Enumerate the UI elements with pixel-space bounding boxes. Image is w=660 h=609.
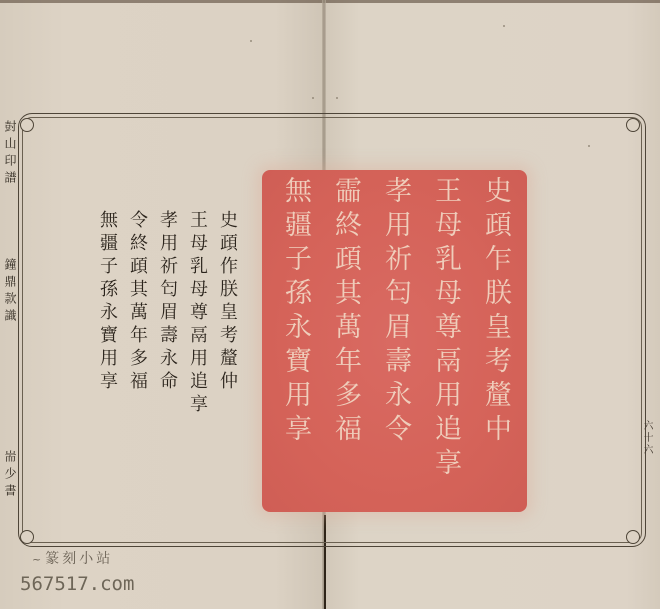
- watermark-site-label: 篆刻小站: [45, 551, 113, 567]
- paper-speck: [588, 145, 590, 147]
- transcription-column: 史頙作朕皇考釐仲: [212, 210, 242, 440]
- seal-impression: 史頙乍朕皇考釐中 王母乳母尊鬲用追享 孝用祈匄眉壽永令 霝終頙其萬年多福 無疆子…: [262, 170, 527, 512]
- seal-inscription: 史頙乍朕皇考釐中 王母乳母尊鬲用追享 孝用祈匄眉壽永令 霝終頙其萬年多福 無疆子…: [270, 176, 520, 506]
- top-edge-shadow: [0, 0, 660, 3]
- transcription-column: 令終頙其萬年多福: [122, 210, 152, 440]
- transcription-column: 孝用祈匄眉壽永命: [152, 210, 182, 440]
- page-number: 六十六: [640, 420, 654, 456]
- margin-author-note: 耑少書: [3, 450, 17, 501]
- margin-book-title: 尌山印譜: [3, 120, 17, 188]
- corner-scroll-icon: [626, 530, 640, 544]
- seal-column: 孝用祈匄眉壽永令: [370, 176, 420, 506]
- corner-scroll-icon: [626, 118, 640, 132]
- margin-section-title: 鐘鼎款識: [3, 258, 17, 326]
- book-spread: 尌山印譜 鐘鼎款識 耑少書 史頙作朕皇考釐仲 王母乳母尊鬲用追享 孝用祈匄眉壽永…: [0, 0, 660, 609]
- paper-speck: [250, 40, 252, 42]
- seal-column: 王母乳母尊鬲用追享: [420, 176, 470, 506]
- paper-speck: [503, 25, 505, 27]
- corner-scroll-icon: [20, 530, 34, 544]
- corner-scroll-icon: [20, 118, 34, 132]
- transcription-column: 無疆子孫永寶用享: [92, 210, 122, 440]
- seal-column: 無疆子孫永寶用享: [270, 176, 320, 506]
- seal-column: 史頙乍朕皇考釐中: [470, 176, 520, 506]
- paper-speck: [336, 97, 338, 99]
- seal-column: 霝終頙其萬年多福: [320, 176, 370, 506]
- watermark-url: 567517.com: [20, 573, 134, 595]
- paper-speck: [312, 97, 314, 99]
- inscription-transcription: 史頙作朕皇考釐仲 王母乳母尊鬲用追享 孝用祈匄眉壽永命 令終頙其萬年多福 無疆子…: [92, 210, 242, 440]
- scroll-ornament-icon: ~: [32, 553, 44, 566]
- watermark-site-name: ~篆刻小站: [32, 548, 113, 568]
- transcription-column: 王母乳母尊鬲用追享: [182, 210, 212, 440]
